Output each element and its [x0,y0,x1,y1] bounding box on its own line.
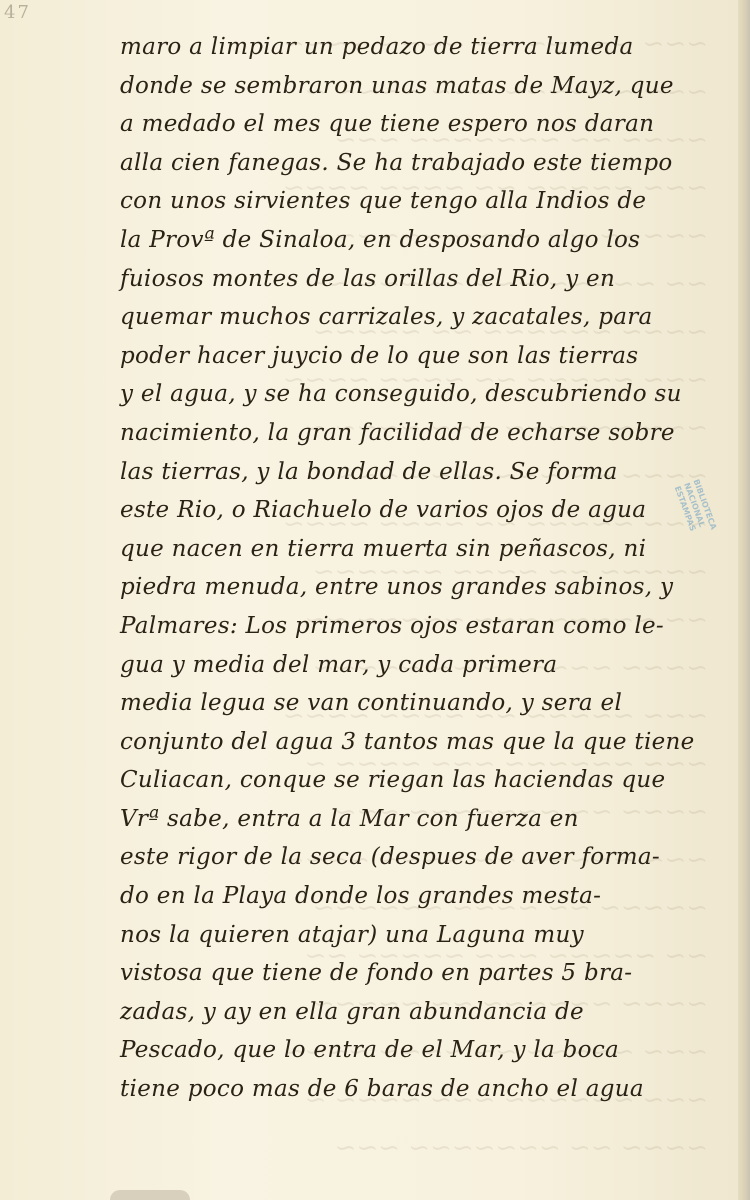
text-line: tiene poco mas de 6 baras de ancho el ag… [120,1070,720,1109]
binding-shadow [110,1190,190,1200]
text-line: zadas, y ay en ella gran abundancia de [120,993,720,1032]
text-line: Culiacan, conque se riegan las haciendas… [120,761,720,800]
text-line: do en la Playa donde los grandes mesta- [120,877,720,916]
text-line: vistosa que tiene de fondo en partes 5 b… [120,954,720,993]
text-line: maro a limpiar un pedazo de tierra lumed… [120,28,720,67]
text-line: media legua se van continuando, y sera e… [120,684,720,723]
text-line: con unos sirvientes que tengo alla Indio… [120,182,720,221]
text-line: Palmares: Los primeros ojos estaran como… [120,607,720,646]
text-line: quemar muchos carrizales, y zacatales, p… [120,298,720,337]
text-line: a medado el mes que tiene espero nos dar… [120,105,720,144]
text-line: poder hacer juycio de lo que son las tie… [120,337,720,376]
text-line: piedra menuda, entre unos grandes sabino… [120,568,720,607]
text-line: nos la quieren atajar) una Laguna muy [120,916,720,955]
text-line: alla cien fanegas. Se ha trabajado este … [120,144,720,183]
text-line: y el agua, y se ha conseguido, descubrie… [120,375,720,414]
text-line: este rigor de la seca (despues de aver f… [120,838,720,877]
text-line: donde se sembraron unas matas de Mayz, q… [120,67,720,106]
page-edge [738,0,750,1200]
text-line: Pescado, que lo entra de el Mar, y la bo… [120,1031,720,1070]
text-line: nacimiento, la gran facilidad de echarse… [120,414,720,453]
text-line: las tierras, y la bondad de ellas. Se fo… [120,453,720,492]
manuscript-page: ~~~ ~~~~~ ~~ ~~~~ ~~~~~~~ ~~~~~~ ~~~ ~~~… [0,0,738,1200]
text-line: fuiosos montes de las orillas del Rio, y… [120,260,720,299]
text-line: conjunto del agua 3 tantos mas que la qu… [120,723,720,762]
text-line: gua y media del mar, y cada primera [120,646,720,685]
manuscript-text: maro a limpiar un pedazo de tierra lumed… [120,28,720,1109]
text-line: la Provª de Sinaloa, en desposando algo … [120,221,720,260]
folio-number: 47 [4,2,31,23]
text-line: Vrª sabe, entra a la Mar con fuerza en [120,800,720,839]
